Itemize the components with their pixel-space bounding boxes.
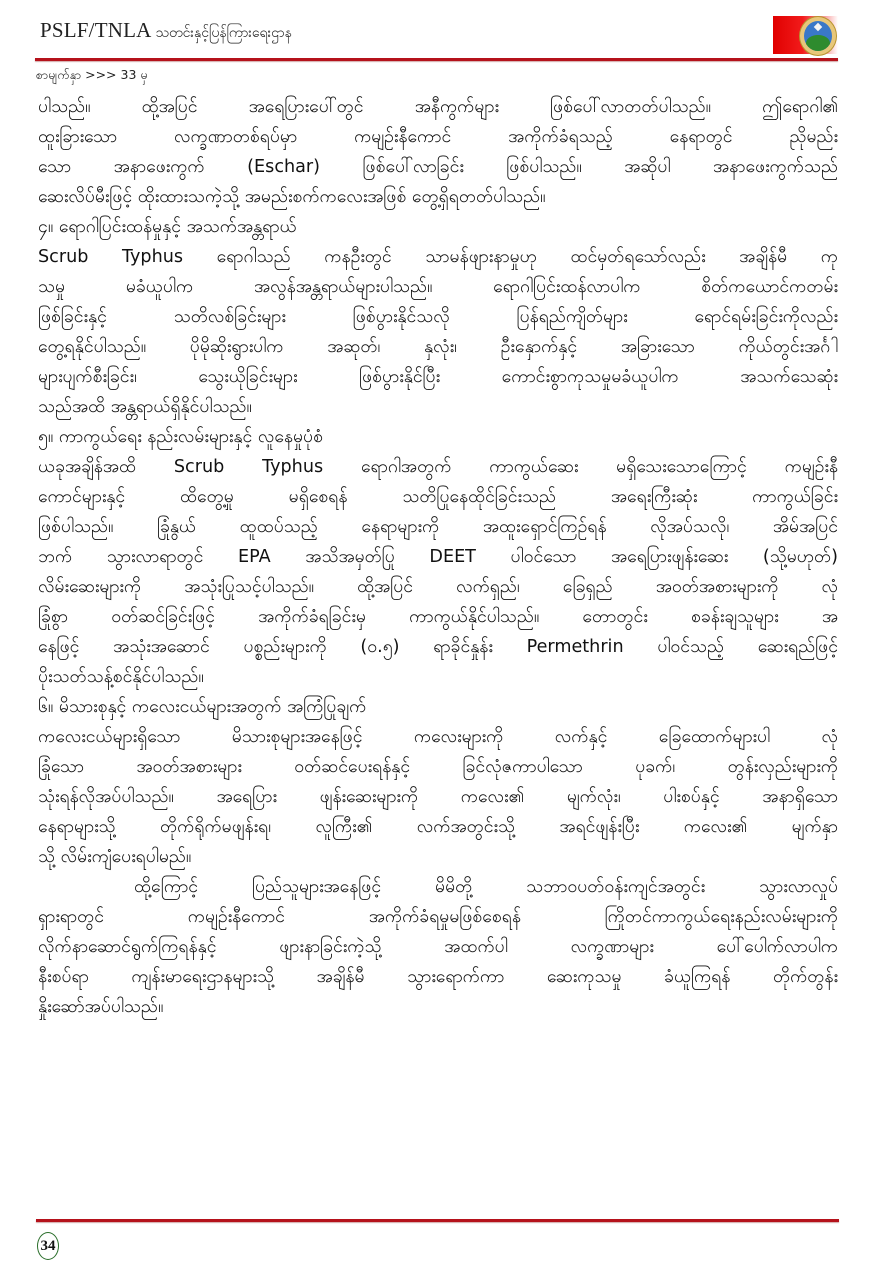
body-text-line: Scrub Typhus ရောဂါသည် ကနဦးတွင် သာမန်ဖျား… [38, 242, 838, 272]
body-text-line: လိမ်းဆေးများကို အသုံးပြုသင့်ပါသည်။ ထို့အ… [38, 572, 838, 602]
emblem-hill-icon [806, 35, 830, 51]
body-text-line: ထူးခြားသော လက္ခဏာတစ်ရပ်မှာ ကမျဉ်းနီကောင်… [38, 122, 838, 152]
emblem-icon [799, 16, 837, 56]
body-text-line: များပျက်စီးခြင်း၊ သွေးယိုခြင်းများ ဖြစ်ပ… [38, 362, 838, 392]
page-header: PSLF/TNLAသတင်းနှင့်ပြန်ကြားရေးဌာန [0, 0, 896, 64]
body-text-line: ခြုံသော အဝတ်အစားများ ဝတ်ဆင်ပေးရန်နှင့် ခ… [38, 752, 838, 782]
body-text-line: ယခုအချိန်အထိ Scrub Typhus ရောဂါအတွက် ကာက… [38, 452, 838, 482]
body-text-line: ဘက် သွားလာရာတွင် EPA အသိအမှတ်ပြု DEET ပါ… [38, 542, 838, 572]
page-number: 34 [37, 1232, 59, 1260]
body-text-line: ကလေးငယ်များရှိသော မိသားစုများအနေဖြင့် ကလ… [38, 722, 838, 752]
body-text-line: ဆေးလိပ်မီးဖြင့် ထိုးထားသကဲ့သို့ အမည်းစက်… [38, 182, 838, 212]
body-text-line: ကောင်များနှင့် ထိတွေ့မှု မရှိစေရန် သတိပြ… [38, 482, 838, 512]
body-text-line: ပါသည်။ ထို့အပြင် အရေပြားပေါ်တွင် အနီကွက်… [38, 92, 838, 122]
body-text-line: သို့ လိမ်းကျံပေးရပါမည်။ [38, 842, 838, 872]
body-text-line: လိုက်နာဆောင်ရွက်ကြရန်နှင့် ဖျားနာခြင်းကဲ… [38, 932, 838, 962]
continued-from-note: စာမျက်နှာ >>> 33 မှ [36, 67, 148, 86]
header-title: PSLF/TNLAသတင်းနှင့်ပြန်ကြားရေးဌာန [40, 18, 292, 44]
header-divider [35, 58, 838, 61]
emblem-star-icon [814, 23, 822, 31]
emblem-inner [804, 21, 832, 51]
body-text-line: ပိုးသတ်သန့်စင်နိုင်ပါသည်။ [38, 662, 838, 692]
body-text-line: နေဖြင့် အသုံးအဆောင် ပစ္စည်းများကို (၀.၅)… [38, 632, 838, 662]
body-text-line: သမှု မခံယူပါက အလွန်အန္တရာယ်များပါသည်။ ရေ… [38, 272, 838, 302]
body-text-line: နှိုးဆော်အပ်ပါသည်။ [38, 992, 838, 1022]
body-text-line: တွေ့ရနိုင်ပါသည်။ ပိုမိုဆိုးရွားပါက အဆုတ်… [38, 332, 838, 362]
body-text-line: ရှားရာတွင် ကမျဉ်းနီကောင် အကိုက်ခံရမှုမဖြ… [38, 902, 838, 932]
body-text-line: သုံးရန်လိုအပ်ပါသည်။ အရေပြား ဖျန်းဆေးများ… [38, 782, 838, 812]
body-text-line: ခြုံစွာ ဝတ်ဆင်ခြင်းဖြင့် အကိုက်ခံရခြင်းမ… [38, 602, 838, 632]
section-heading: ၆။ မိသားစုနှင့် ကလေးငယ်များအတွက် အကြံပြု… [38, 692, 838, 722]
section-heading: ၄။ ရောဂါပြင်းထန်မှုနှင့် အသက်အန္တရာယ် [38, 212, 838, 242]
body-text-line: နီးစပ်ရာ ကျန်းမာရေးဌာနများသို့ အချိန်မီ … [38, 962, 838, 992]
body-text-line: ထို့ကြောင့် ပြည်သူများအနေဖြင့် မိမိတို့ … [38, 872, 838, 902]
header-title-latin: PSLF/TNLA [40, 18, 152, 42]
article-body: ပါသည်။ ထို့အပြင် အရေပြားပေါ်တွင် အနီကွက်… [38, 92, 838, 1022]
body-text-line: နေရာများသို့ တိုက်ရိုက်မဖျန်းရ၊ လူကြီး၏ … [38, 812, 838, 842]
footer-divider [36, 1219, 839, 1222]
body-text-line: ဖြစ်ခြင်းနှင့် သတိလစ်ခြင်းများ ဖြစ်ပွားန… [38, 302, 838, 332]
body-text-line: သည်အထိ အန္တရာယ်ရှိနိုင်ပါသည်။ [38, 392, 838, 422]
header-title-myanmar: သတင်းနှင့်ပြန်ကြားရေးဌာန [156, 26, 292, 41]
body-text-line: ဖြစ်ပါသည်။ ခြုံနွယ် ထူထပ်သည့် နေရာများကိ… [38, 512, 838, 542]
body-text-line: သော အနာဖေးကွက် (Eschar) ဖြစ်ပေါ်လာခြင်း … [38, 152, 838, 182]
section-heading: ၅။ ကာကွယ်ရေး နည်းလမ်းများနှင့် လူနေမှုပု… [38, 422, 838, 452]
